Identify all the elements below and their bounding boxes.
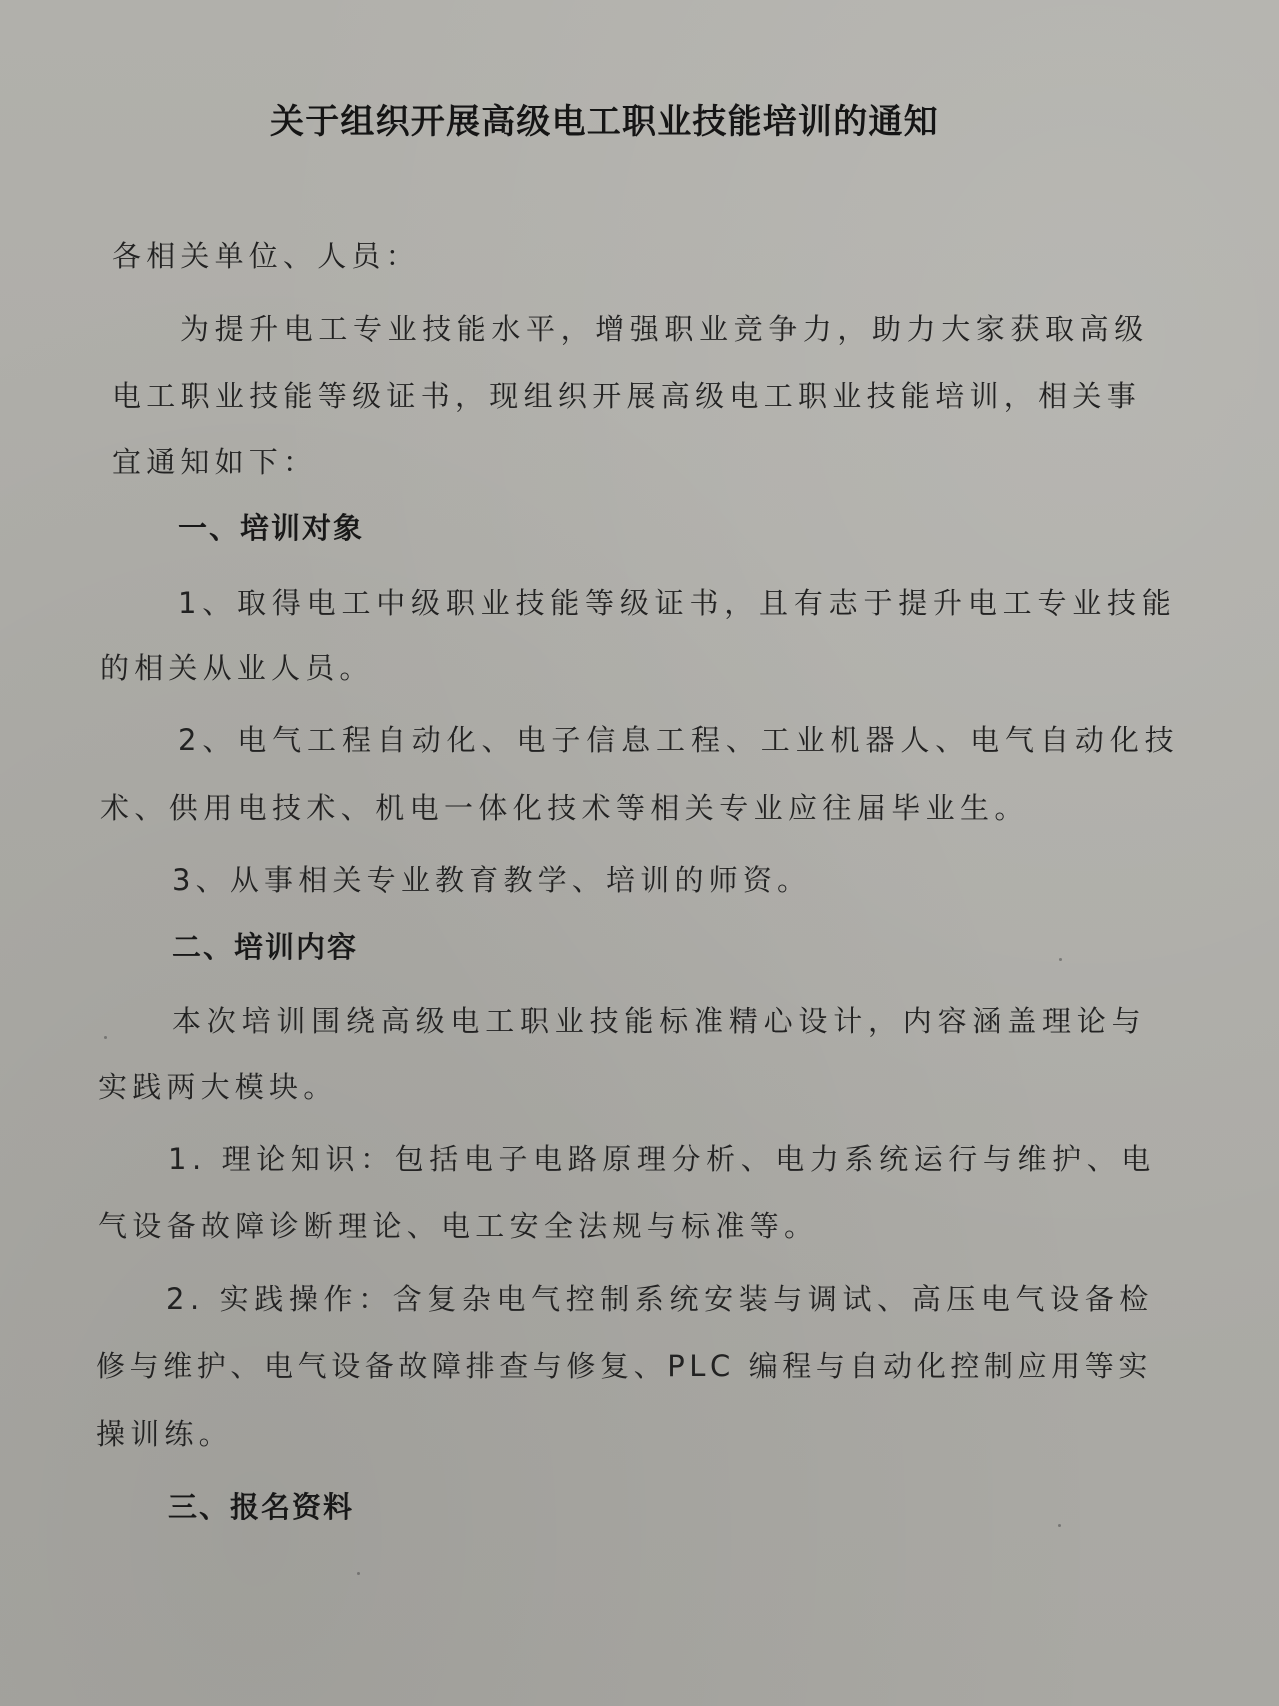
- section-2-item-2-line-3: 操训练。: [96, 1416, 233, 1452]
- document-page: 关于组织开展高级电工职业技能培训的通知 各相关单位、人员： 为提升电工专业技能水…: [0, 0, 1279, 1706]
- section-2-item-2-line-1: 2. 实践操作：含复杂电气控制系统安装与调试、高压电气设备检: [166, 1281, 1154, 1317]
- section-2-intro-line-1: 本次培训围绕高级电工职业技能标准精心设计，内容涵盖理论与: [172, 1003, 1146, 1039]
- intro-line-1: 为提升电工专业技能水平，增强职业竞争力，助力大家获取高级: [180, 311, 1149, 347]
- section-heading-2: 二、培训内容: [172, 929, 358, 965]
- intro-line-2: 电工职业技能等级证书，现组织开展高级电工职业技能培训，相关事: [112, 378, 1141, 414]
- section-heading-1: 一、培训对象: [178, 510, 364, 546]
- section-1-item-1-line-2: 的相关从业人员。: [100, 650, 374, 686]
- section-1-item-3-line-1: 3、从事相关专业教育教学、培训的师资。: [172, 862, 811, 898]
- salutation: 各相关单位、人员：: [112, 238, 420, 274]
- section-1-item-2-line-1: 2、电气工程自动化、电子信息工程、工业机器人、电气自动化技: [178, 722, 1180, 758]
- paper-speck: [1059, 958, 1062, 961]
- section-2-item-1-line-2: 气设备故障诊断理论、电工安全法规与标准等。: [98, 1208, 818, 1244]
- paper-speck: [104, 1036, 107, 1039]
- paper-speck: [357, 1572, 360, 1575]
- document-title: 关于组织开展高级电工职业技能培训的通知: [270, 100, 939, 144]
- section-heading-3: 三、报名资料: [168, 1489, 354, 1525]
- paper-speck: [1058, 1524, 1061, 1527]
- section-2-item-1-line-1: 1. 理论知识：包括电子电路原理分析、电力系统运行与维护、电: [168, 1141, 1156, 1177]
- section-2-intro-line-2: 实践两大模块。: [98, 1069, 337, 1105]
- section-2-item-2-line-2: 修与维护、电气设备故障排查与修复、PLC 编程与自动化控制应用等实: [96, 1348, 1152, 1384]
- section-1-item-2-line-2: 术、供用电技术、机电一体化技术等相关专业应往届毕业生。: [100, 790, 1029, 826]
- intro-line-3: 宜通知如下：: [112, 444, 317, 480]
- section-1-item-1-line-1: 1、取得电工中级职业技能等级证书，且有志于提升电工专业技能: [178, 585, 1177, 621]
